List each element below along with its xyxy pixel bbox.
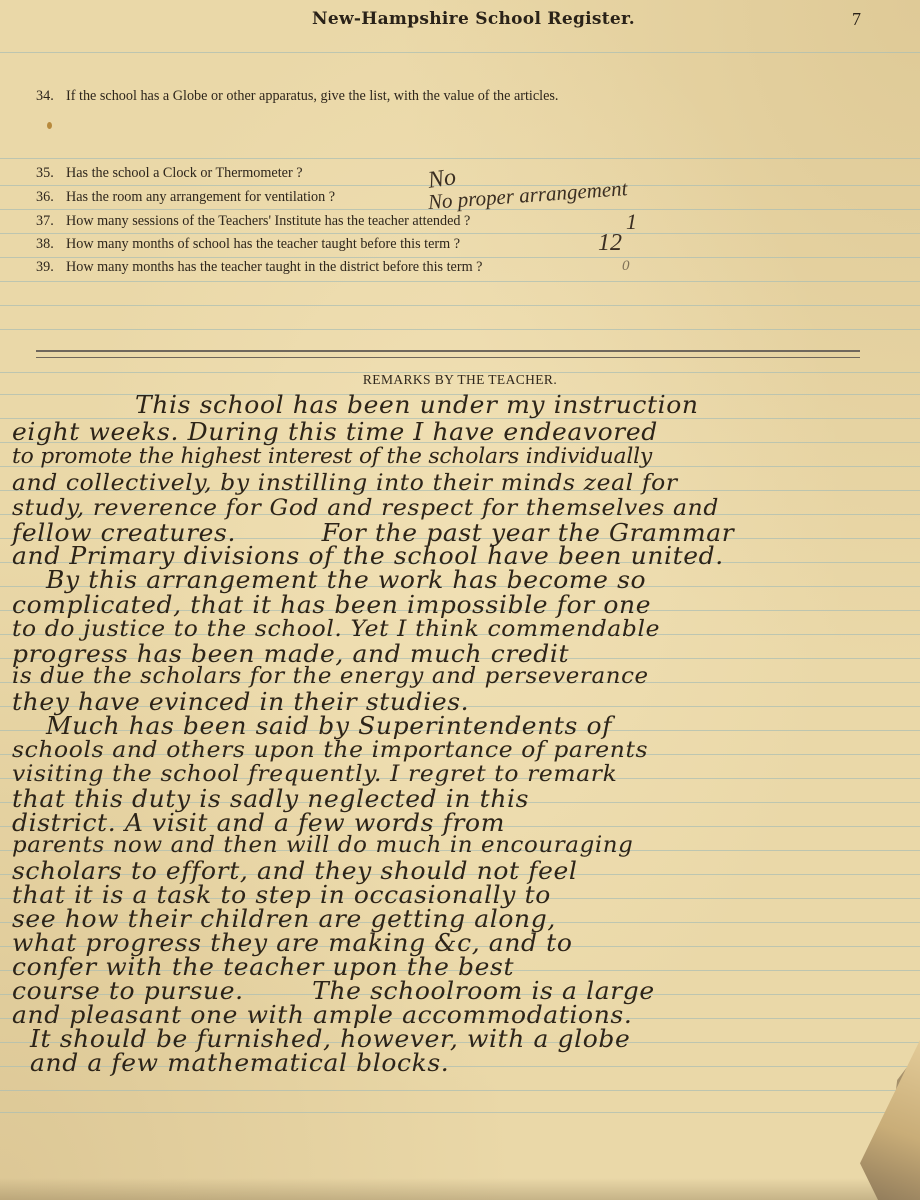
ruling-line <box>0 281 920 282</box>
question-text: How many sessions of the Teachers' Insti… <box>66 213 470 229</box>
ruling-line <box>0 305 920 306</box>
question-number: 38. <box>36 236 66 253</box>
ruling-line <box>0 329 920 330</box>
question-number: 37. <box>36 213 66 230</box>
remark-line: schools and others upon the importance o… <box>12 737 648 763</box>
ruling-line <box>0 233 920 234</box>
question-text: How many months of school has the teache… <box>66 236 460 252</box>
answer-38-handwritten: 12 <box>598 230 622 257</box>
remark-line: By this arrangement the work has become … <box>46 566 646 594</box>
remark-line: complicated, that it has been impossible… <box>12 591 651 619</box>
answer-37-handwritten: 1 <box>626 209 637 235</box>
question-text: How many months has the teacher taught i… <box>66 259 482 275</box>
question-number: 36. <box>36 189 66 206</box>
remark-line: study, reverence for God and respect for… <box>12 495 719 521</box>
running-head: New-Hampshire School Register. 7 <box>0 4 920 34</box>
question-38: 38.How many months of school has the tea… <box>36 236 460 253</box>
remark-line: visiting the school frequently. I regret… <box>12 761 617 787</box>
remark-line: and collectively, by instilling into the… <box>12 470 678 496</box>
ruling-line <box>0 185 920 186</box>
question-39: 39.How many months has the teacher taugh… <box>36 259 482 276</box>
remark-line: is due the scholars for the energy and p… <box>12 664 649 689</box>
remark-line: to promote the highest interest of the s… <box>12 444 652 468</box>
question-36: 36.Has the room any arrangement for vent… <box>36 189 335 206</box>
question-number: 34. <box>36 88 66 105</box>
ink-speck <box>47 122 52 129</box>
ruling-line <box>0 52 920 53</box>
remarks-heading: REMARKS BY THE TEACHER. <box>0 372 920 388</box>
register-title: New-Hampshire School Register. <box>312 9 635 29</box>
question-37: 37.How many sessions of the Teachers' In… <box>36 213 470 230</box>
answer-39-handwritten: 0 <box>622 258 630 275</box>
question-text: Has the school a Clock or Thermometer ? <box>66 165 303 181</box>
ruling-line <box>0 1112 920 1113</box>
ruling-line <box>0 1090 920 1091</box>
remark-line: to do justice to the school. Yet I think… <box>12 616 660 642</box>
remark-line: Much has been said by Superintendents of <box>46 712 612 740</box>
ruling-line <box>0 158 920 159</box>
remark-line: This school has been under my instructio… <box>135 391 699 419</box>
remark-line: parents now and then will do much in enc… <box>12 833 633 858</box>
question-text: Has the room any arrangement for ventila… <box>66 189 335 205</box>
remark-line: and a few mathematical blocks. <box>30 1049 449 1077</box>
question-35: 35.Has the school a Clock or Thermometer… <box>36 165 303 182</box>
page-curl <box>860 1040 920 1200</box>
section-divider <box>36 350 860 358</box>
question-number: 35. <box>36 165 66 182</box>
ruling-line <box>0 257 920 258</box>
question-34: 34.If the school has a Globe or other ap… <box>36 88 558 105</box>
page-number: 7 <box>852 9 861 30</box>
question-text: If the school has a Globe or other appar… <box>66 88 558 104</box>
remark-line: eight weeks. During this time I have end… <box>12 418 658 446</box>
question-number: 39. <box>36 259 66 276</box>
page-edge-shadow <box>0 1178 920 1200</box>
